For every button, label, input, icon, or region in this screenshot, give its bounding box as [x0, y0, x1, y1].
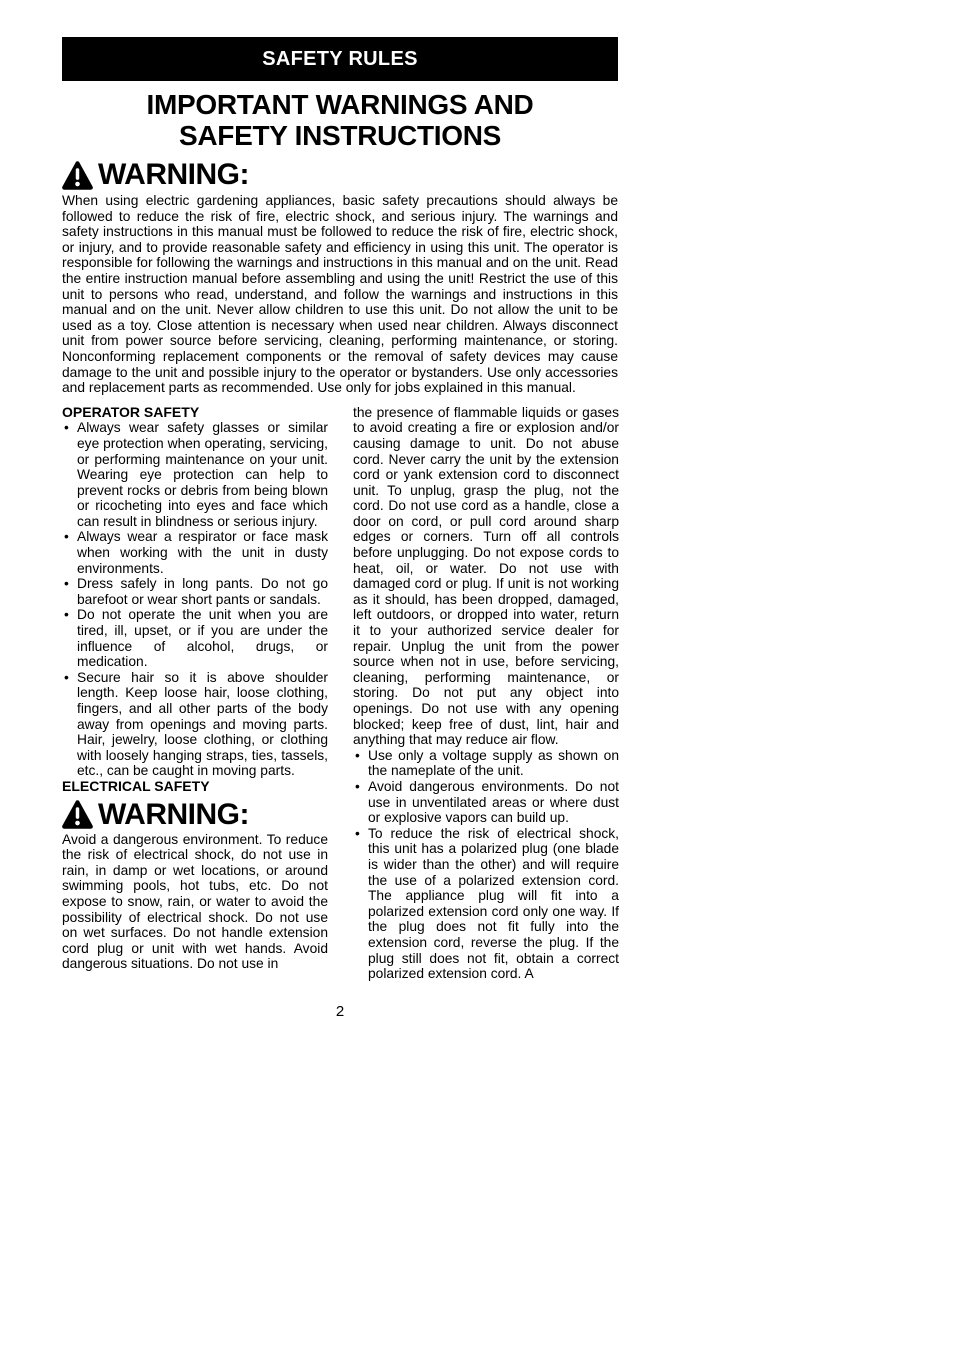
manual-page: SAFETY RULES IMPORTANT WARNINGS AND SAFE… [0, 0, 954, 1348]
list-item: Secure hair so it is above shoulder leng… [62, 670, 328, 779]
operator-safety-list: Always wear safety glasses or similar ey… [62, 420, 328, 779]
right-column: the presence of flammable liquids or gas… [353, 405, 619, 982]
warning-heading: WARNING: [62, 160, 618, 190]
section-banner: SAFETY RULES [62, 37, 618, 81]
page-number: 2 [62, 1003, 618, 1020]
electrical-safety-list: Use only a voltage supply as shown on th… [353, 748, 619, 982]
page-content: SAFETY RULES IMPORTANT WARNINGS AND SAFE… [62, 37, 618, 982]
list-item: Always wear a respirator or face mask wh… [62, 529, 328, 576]
electrical-safety-heading: ELECTRICAL SAFETY [62, 779, 328, 795]
list-item: Use only a voltage supply as shown on th… [353, 748, 619, 779]
list-item: Dress safely in long pants. Do not go ba… [62, 576, 328, 607]
page-title-line2: SAFETY INSTRUCTIONS [62, 120, 618, 151]
electrical-warning-heading: WARNING: [62, 800, 328, 830]
page-title-line1: IMPORTANT WARNINGS AND [62, 89, 618, 120]
left-column: OPERATOR SAFETY Always wear safety glass… [62, 405, 328, 982]
warning-triangle-icon [62, 800, 93, 829]
operator-safety-heading: OPERATOR SAFETY [62, 405, 328, 421]
intro-paragraph: When using electric gardening appliances… [62, 193, 618, 396]
electrical-safety-paragraph: Avoid a dangerous environment. To reduce… [62, 832, 328, 972]
page-title: IMPORTANT WARNINGS AND SAFETY INSTRUCTIO… [62, 89, 618, 151]
electrical-warning-label: WARNING: [98, 800, 249, 830]
list-item: Always wear safety glasses or similar ey… [62, 420, 328, 529]
banner-label: SAFETY RULES [262, 48, 417, 71]
list-item: Do not operate the unit when you are tir… [62, 607, 328, 669]
warning-heading-label: WARNING: [98, 160, 249, 190]
two-column-layout: OPERATOR SAFETY Always wear safety glass… [62, 405, 618, 982]
list-item: To reduce the risk of electrical shock, … [353, 826, 619, 982]
list-item: Avoid dangerous environments. Do not use… [353, 779, 619, 826]
electrical-safety-continuation: the presence of flammable liquids or gas… [353, 405, 619, 748]
warning-triangle-icon [62, 161, 93, 190]
